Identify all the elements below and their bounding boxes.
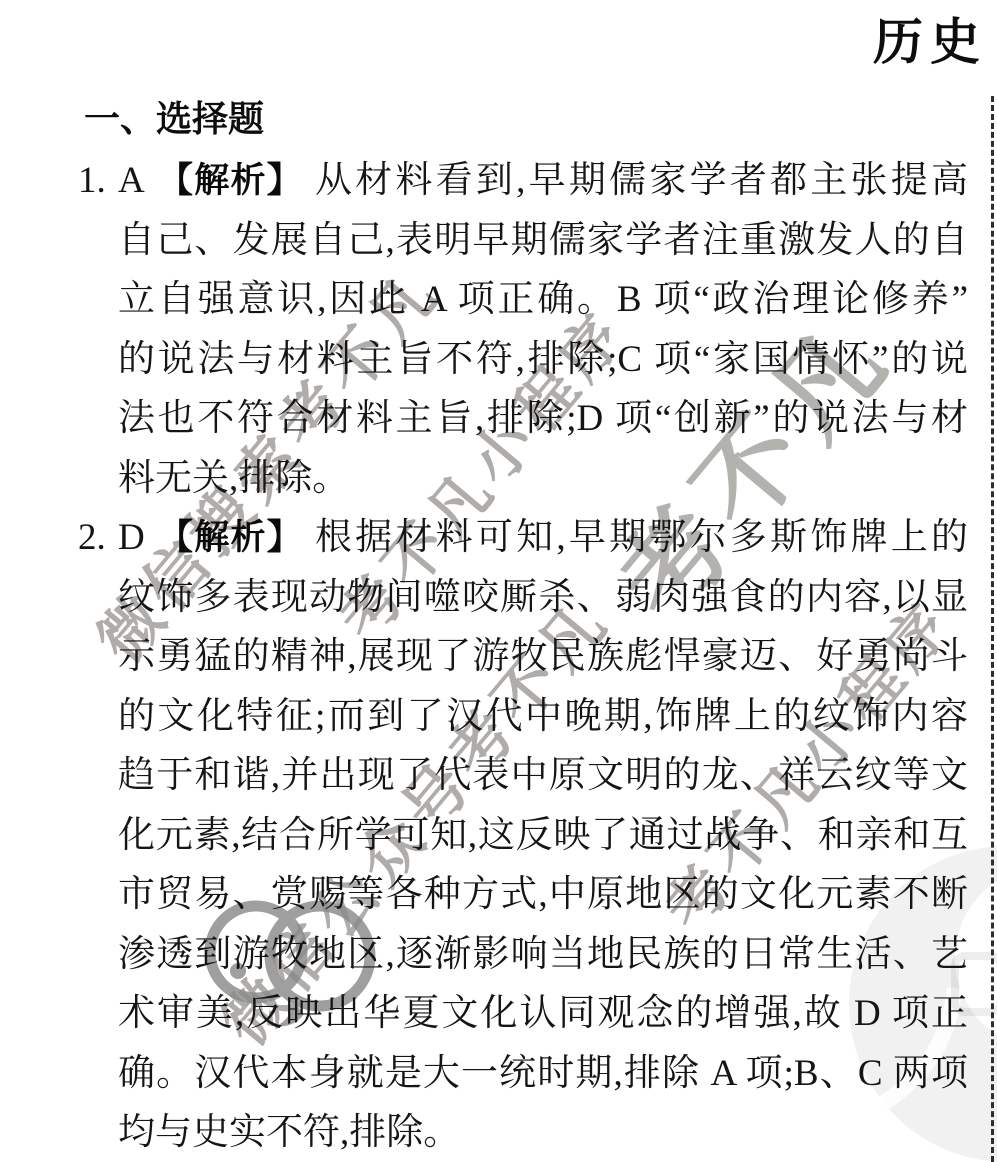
answer-content: 一、选择题 1.A【解析】从材料看到,早期儒家学者都主张提高 自己、发展自己,表…	[78, 95, 968, 1162]
answer-line: 立自强意识,因此 A 项正确。B 项“政治理论修养”	[118, 270, 968, 330]
answer-line: 自己、发展自己,表明早期儒家学者注重激发人的自	[118, 211, 968, 271]
answer-line: 的文化特征;而到了汉代中晚期,饰牌上的纹饰内容	[118, 687, 968, 747]
answer-line: 的说法与材料主旨不符,排除;C 项“家国情怀”的说	[118, 330, 968, 390]
scanned-answer-page: 微信搜索考不凡 考不凡小程序 考不凡 微信公众号考不凡 考不凡小程序 历史 一、…	[0, 0, 997, 1162]
answer-line: 法也不符合材料主旨,排除;D 项“创新”的说法与材	[118, 389, 968, 449]
analysis-tag: 【解析】	[155, 518, 303, 557]
subject-title: 历史	[873, 2, 987, 74]
answer-item-2: 2.D【解析】根据材料可知,早期鄂尔多斯饰牌上的 纹饰多表现动物间噬咬厮杀、弱肉…	[78, 508, 968, 1162]
answer-line: 纹饰多表现动物间噬咬厮杀、弱肉强食的内容,以显	[118, 568, 968, 628]
answer-line: 市贸易、赏赐等各种方式,中原地区的文化元素不断	[118, 865, 968, 925]
answer-line: 趋于和谐,并出现了代表中原文明的龙、祥云纹等文	[118, 746, 968, 806]
answer-line: 术审美,反映出华夏文化认同观念的增强,故 D 项正	[118, 984, 968, 1044]
answer-line: 料无关,排除。	[118, 449, 968, 509]
question-number: 2.	[78, 508, 118, 568]
question-number: 1.	[78, 151, 118, 211]
analysis-tag: 【解析】	[155, 161, 303, 200]
answer-item-1: 1.A【解析】从材料看到,早期儒家学者都主张提高 自己、发展自己,表明早期儒家学…	[78, 151, 968, 508]
answer-line: 1.A【解析】从材料看到,早期儒家学者都主张提高	[78, 151, 968, 211]
answer-line: 示勇猛的精神,展现了游牧民族彪悍豪迈、好勇尚斗	[118, 627, 968, 687]
answer-letter: D	[118, 517, 145, 558]
answer-text: 根据材料可知,早期鄂尔多斯饰牌上的	[315, 517, 968, 558]
answer-letter: A	[118, 160, 145, 201]
answer-line: 化元素,结合所学可知,这反映了通过战争、和亲和互	[118, 806, 968, 866]
answer-text: 从材料看到,早期儒家学者都主张提高	[315, 160, 968, 201]
page-edge-dashed-line	[991, 96, 994, 1162]
section-heading: 一、选择题	[84, 95, 968, 143]
answer-line: 均与史实不符,排除。	[118, 1103, 968, 1162]
answer-line: 2.D【解析】根据材料可知,早期鄂尔多斯饰牌上的	[78, 508, 968, 568]
answer-line: 渗透到游牧地区,逐渐影响当地民族的日常生活、艺	[118, 925, 968, 985]
answer-line: 确。汉代本身就是大一统时期,排除 A 项;B、C 两项	[118, 1044, 968, 1104]
